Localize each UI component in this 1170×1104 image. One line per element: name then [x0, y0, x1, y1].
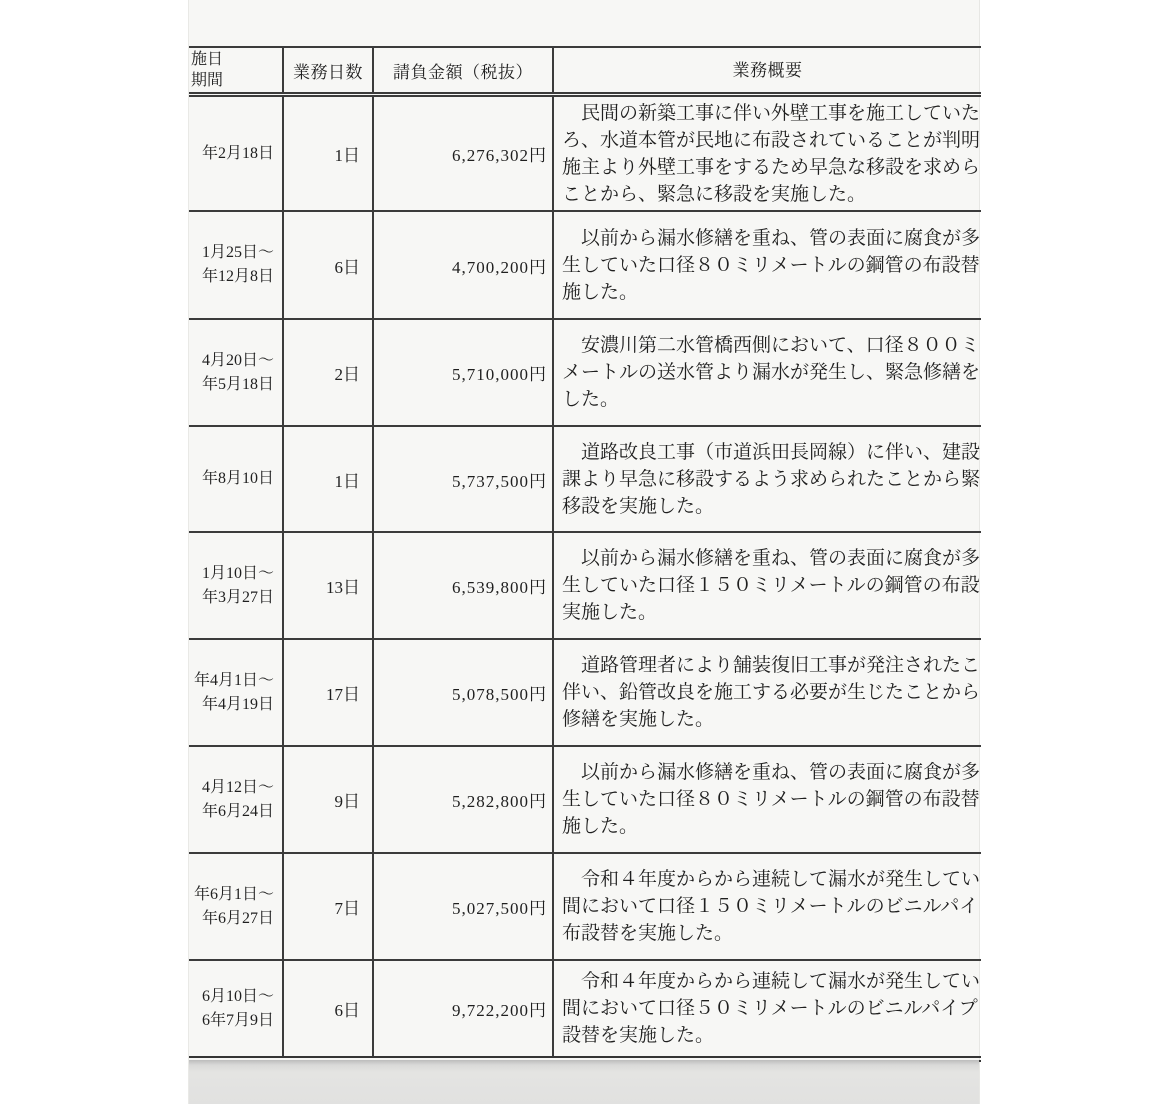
period-cell: 4月20日～ 年5月18日 — [189, 320, 282, 425]
summary-cell: 以前から漏水修繕を重ね、管の表面に腐食が多 生していた口径１５０ミリメートルの鋼… — [552, 533, 981, 638]
table-header-row: 施日 期間 業務日数 請負金額（税抜） 業務概要 — [189, 48, 981, 97]
days-cell: 2日 — [282, 320, 372, 425]
document-viewer: { "colors": { "viewer_background": "#fff… — [0, 0, 1170, 1104]
table-row: 4月12日～ 年6月24日 9日 5,282,800円 以前から漏水修繕を重ね、… — [189, 747, 981, 854]
amount-cell: 6,539,800円 — [372, 533, 552, 638]
days-cell: 1日 — [282, 427, 372, 531]
period-cell: 6月10日～ 6年7月9日 — [189, 961, 282, 1056]
amount-cell: 5,710,000円 — [372, 320, 552, 425]
days-cell: 9日 — [282, 747, 372, 852]
summary-cell: 民間の新築工事に伴い外壁工事を施工していた ろ、水道本管が民地に布設されているこ… — [552, 97, 981, 210]
summary-cell: 以前から漏水修繕を重ね、管の表面に腐食が多 生していた口径８０ミリメートルの鋼管… — [552, 212, 981, 318]
days-cell: 7日 — [282, 854, 372, 959]
period-cell: 年6月1日～ 年6月27日 — [189, 854, 282, 959]
header-days: 業務日数 — [282, 48, 372, 92]
header-amount: 請負金額（税抜） — [372, 48, 552, 92]
days-cell: 17日 — [282, 640, 372, 745]
header-summary: 業務概要 — [552, 48, 981, 92]
summary-cell: 以前から漏水修繕を重ね、管の表面に腐食が多 生していた口径８０ミリメートルの鋼管… — [552, 747, 981, 852]
period-cell: 1月10日～ 年3月27日 — [189, 533, 282, 638]
table-row: 1月25日～ 年12月8日 6日 4,700,200円 以前から漏水修繕を重ね、… — [189, 212, 981, 320]
table-row: 6月10日～ 6年7月9日 6日 9,722,200円 令和４年度からから連続し… — [189, 961, 981, 1062]
table-row: 1月10日～ 年3月27日 13日 6,539,800円 以前から漏水修繕を重ね… — [189, 533, 981, 640]
days-cell: 6日 — [282, 961, 372, 1056]
amount-cell: 9,722,200円 — [372, 961, 552, 1056]
period-cell: 年2月18日 — [189, 97, 282, 210]
amount-cell: 5,282,800円 — [372, 747, 552, 852]
page-end-band — [189, 1060, 979, 1104]
summary-cell: 道路管理者により舗装復旧工事が発注されたこ 伴い、鉛管改良を施工する必要が生じた… — [552, 640, 981, 745]
table-row: 年8月10日 1日 5,737,500円 道路改良工事（市道浜田長岡線）に伴い、… — [189, 427, 981, 533]
works-table: 施日 期間 業務日数 請負金額（税抜） 業務概要 年2月18日 1日 6,276… — [189, 46, 981, 1062]
scanned-page[interactable]: 施日 期間 業務日数 請負金額（税抜） 業務概要 年2月18日 1日 6,276… — [188, 0, 980, 1104]
amount-cell: 5,737,500円 — [372, 427, 552, 531]
period-cell: 年8月10日 — [189, 427, 282, 531]
header-period: 施日 期間 — [189, 48, 282, 92]
summary-cell: 道路改良工事（市道浜田長岡線）に伴い、建設 課より早急に移設するよう求められたこ… — [552, 427, 981, 531]
days-cell: 13日 — [282, 533, 372, 638]
amount-cell: 5,027,500円 — [372, 854, 552, 959]
days-cell: 1日 — [282, 97, 372, 210]
period-cell: 1月25日～ 年12月8日 — [189, 212, 282, 318]
summary-cell: 令和４年度からから連続して漏水が発生してい 間において口径５０ミリメートルのビニ… — [552, 961, 981, 1056]
summary-cell: 令和４年度からから連続して漏水が発生してい 間において口径１５０ミリメートルのビ… — [552, 854, 981, 959]
table-row: 年4月1日～ 年4月19日 17日 5,078,500円 道路管理者により舗装復… — [189, 640, 981, 747]
summary-cell: 安濃川第二水管橋西側において、口径８００ミ メートルの送水管より漏水が発生し、緊… — [552, 320, 981, 425]
amount-cell: 5,078,500円 — [372, 640, 552, 745]
amount-cell: 6,276,302円 — [372, 97, 552, 210]
days-cell: 6日 — [282, 212, 372, 318]
amount-cell: 4,700,200円 — [372, 212, 552, 318]
period-cell: 年4月1日～ 年4月19日 — [189, 640, 282, 745]
period-cell: 4月12日～ 年6月24日 — [189, 747, 282, 852]
table-row: 4月20日～ 年5月18日 2日 5,710,000円 安濃川第二水管橋西側にお… — [189, 320, 981, 427]
table-row: 年6月1日～ 年6月27日 7日 5,027,500円 令和４年度からから連続し… — [189, 854, 981, 961]
table-row: 年2月18日 1日 6,276,302円 民間の新築工事に伴い外壁工事を施工して… — [189, 97, 981, 212]
